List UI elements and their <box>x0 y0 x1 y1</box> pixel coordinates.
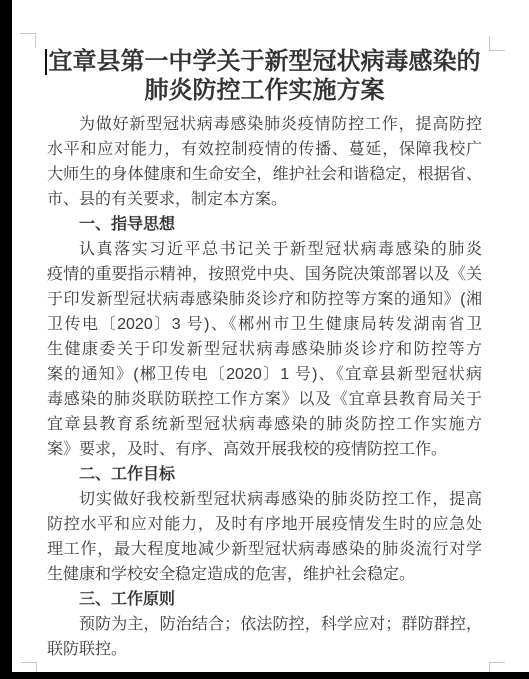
body-line: 生健康委关于印发新型冠状病毒感染肺炎诊疗和防控等方 <box>47 337 482 362</box>
body-line: 案》要求，及时、有序、高效开展我校的疫情防控工作。 <box>47 437 482 462</box>
document-page: 宜章县第一中学关于新型冠状病毒感染的 肺炎防控工作实施方案 为做好新型冠状病毒感… <box>0 0 529 679</box>
margin-mark-top-left <box>20 33 36 48</box>
section-heading: 三、工作原则 <box>47 587 482 612</box>
body-line: 认真落实习近平总书记关于新型冠状病毒感染的肺炎 <box>47 237 482 262</box>
title-line-1: 宜章县第一中学关于新型冠状病毒感染的 <box>47 47 482 76</box>
body-line: 市、县的有关要求，制定本方案。 <box>47 187 482 212</box>
body-line: 理工作，最大程度地减少新型冠状病毒感染的肺炎流行对学 <box>47 537 482 562</box>
section-heading: 二、工作目标 <box>47 462 482 487</box>
body-line: 防控水平和应对能力，及时有序地开展疫情发生时的应急处 <box>47 512 482 537</box>
body-line: 于印发新型冠状病毒感染肺炎诊疗和防控等方案的通知》(湘 <box>47 287 482 312</box>
margin-mark-bottom-left <box>21 662 37 672</box>
text-cursor <box>45 49 47 75</box>
section-heading: 一、指导思想 <box>47 212 482 237</box>
margin-mark-bottom-right <box>489 662 505 672</box>
body-line: 切实做好我校新型冠状病毒感染的肺炎防控工作，提高 <box>47 487 482 512</box>
body-line: 联防联控。 <box>47 637 482 662</box>
body-line: 疫情的重要指示精神，按照党中央、国务院决策部署以及《关 <box>47 262 482 287</box>
document-text-area[interactable]: 宜章县第一中学关于新型冠状病毒感染的 肺炎防控工作实施方案 为做好新型冠状病毒感… <box>47 47 482 662</box>
document-title: 宜章县第一中学关于新型冠状病毒感染的 肺炎防控工作实施方案 <box>47 47 482 105</box>
screen-edge-bottom <box>0 672 529 679</box>
margin-mark-top-right <box>489 36 505 51</box>
body-line: 卫传电〔2020〕3 号)、《郴州市卫生健康局转发湖南省卫 <box>47 312 482 337</box>
body-line: 案的通知》(郴卫传电〔2020〕1 号)、《宜章县新型冠状病 <box>47 362 482 387</box>
body-line: 毒感染的肺炎联防联控工作方案》以及《宜章县教育局关于 <box>47 387 482 412</box>
body-line: 生健康和学校安全稳定造成的危害，维护社会稳定。 <box>47 562 482 587</box>
body-line: 大师生的身体健康和生命安全，维护社会和谐稳定，根据省、 <box>47 162 482 187</box>
title-line-2: 肺炎防控工作实施方案 <box>47 76 482 105</box>
body-line: 为做好新型冠状病毒感染肺炎疫情防控工作，提高防控 <box>47 112 482 137</box>
body-line: 水平和应对能力，有效控制疫情的传播、蔓延，保障我校广 <box>47 137 482 162</box>
screen-edge-left <box>0 0 12 679</box>
document-body: 为做好新型冠状病毒感染肺炎疫情防控工作，提高防控水平和应对能力，有效控制疫情的传… <box>47 112 482 662</box>
body-line: 预防为主，防治结合；依法防控，科学应对；群防群控， <box>47 612 482 637</box>
body-line: 宜章县教育系统新型冠状病毒感染的肺炎防控工作实施方 <box>47 412 482 437</box>
